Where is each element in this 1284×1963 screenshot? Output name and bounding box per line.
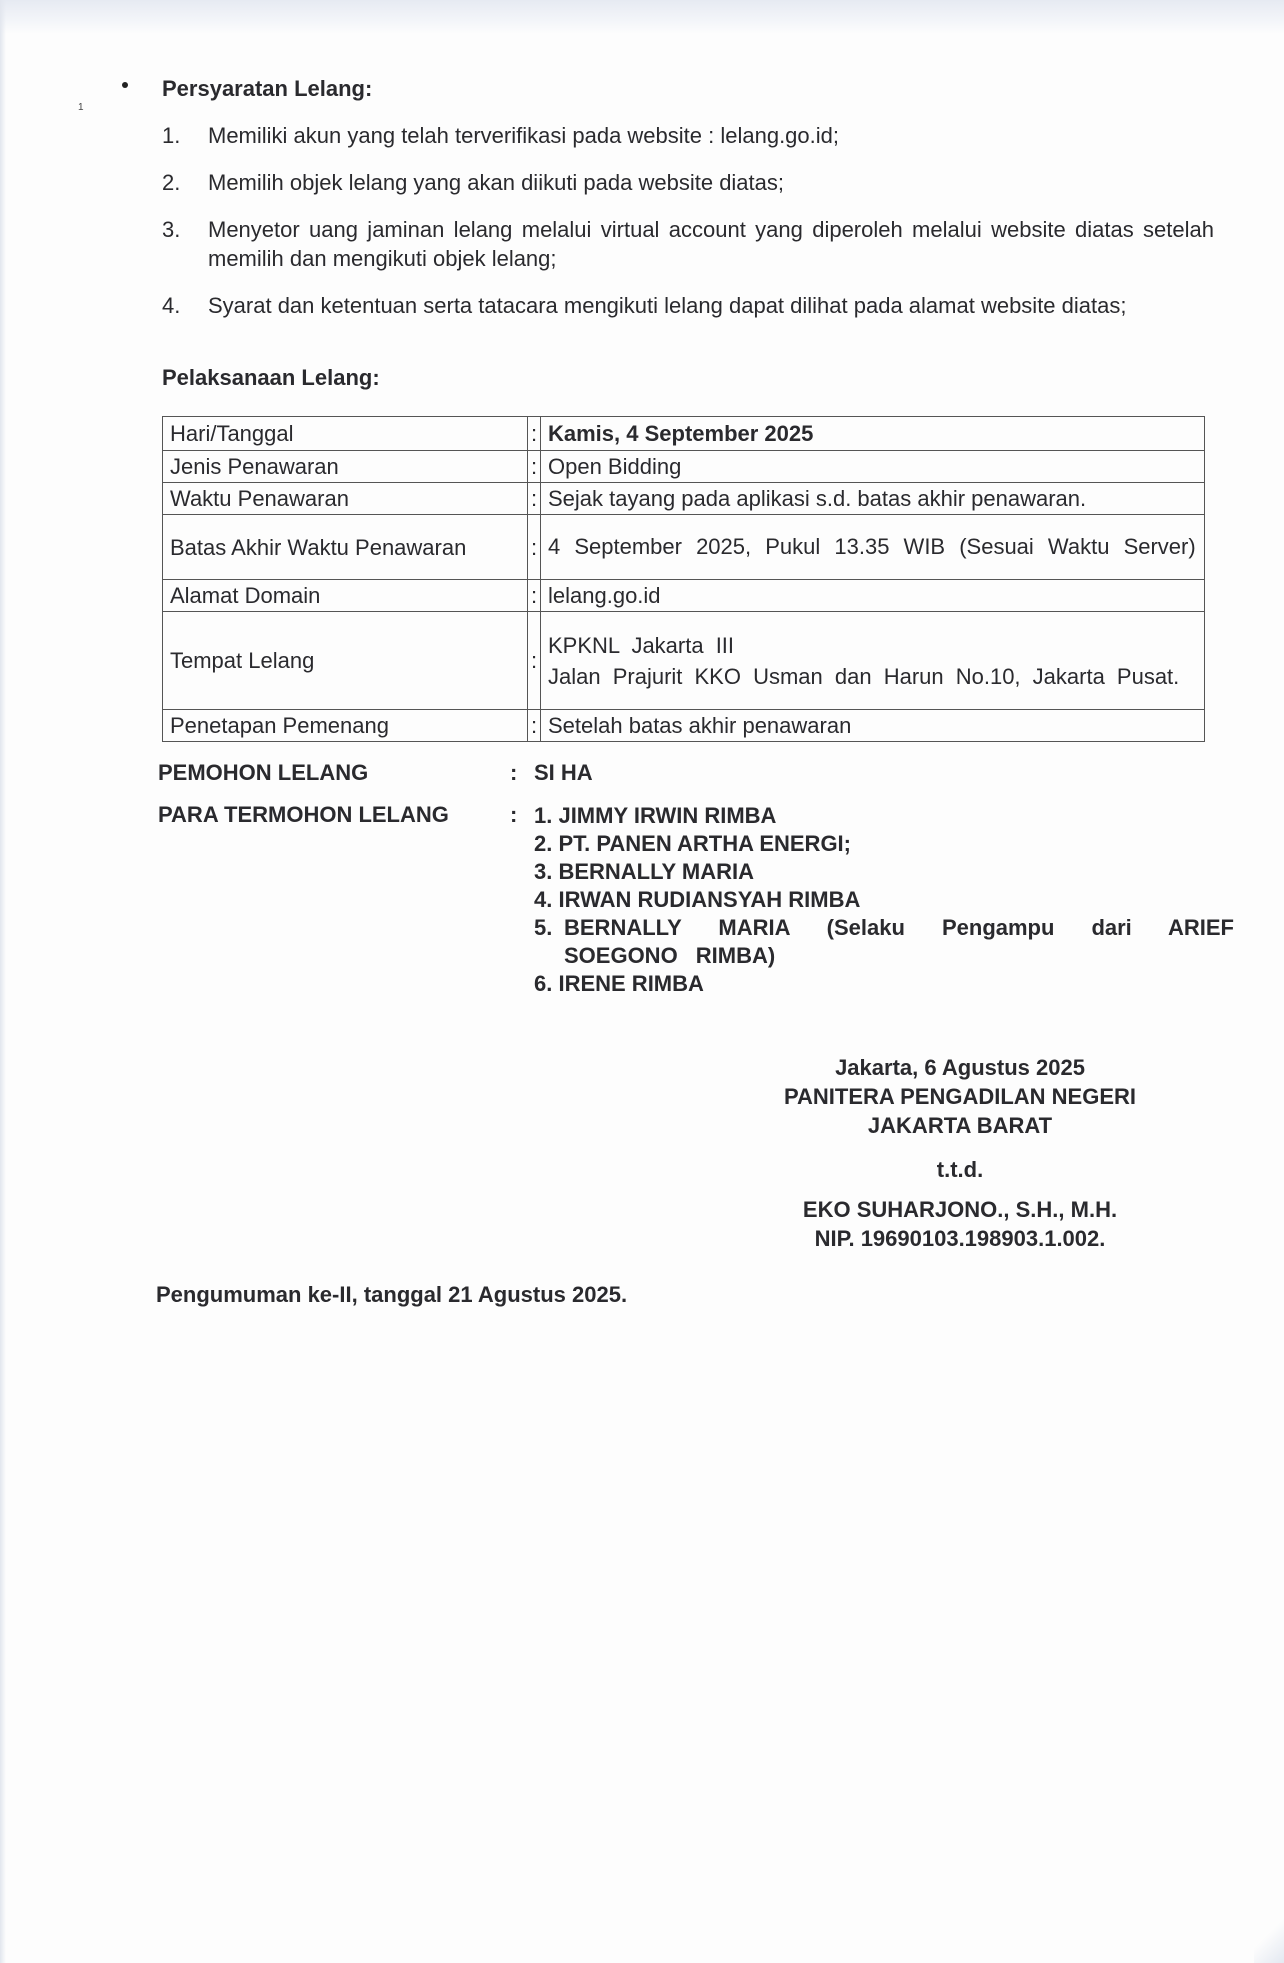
list-item: 3. Menyetor uang jaminan lelang melalui …: [162, 215, 1214, 273]
list-item: 2. Memilih objek lelang yang akan diikut…: [162, 168, 1214, 197]
signature-office-line1: PANITERA PENGADILAN NEGERI: [720, 1082, 1200, 1111]
respondents-list: 1. JIMMY IRWIN RIMBA 2. PT. PANEN ARTHA …: [534, 802, 1234, 998]
row-value: Open Bidding: [541, 451, 1205, 483]
row-value: KPKNL Jakarta III Jalan Prajurit KKO Usm…: [541, 612, 1205, 710]
row-label: Batas Akhir Waktu Penawaran: [163, 515, 528, 580]
venue-name: KPKNL Jakarta III: [548, 630, 1197, 661]
row-value: Kamis, 4 September 2025: [541, 417, 1205, 451]
list-item-number: 5.: [534, 914, 564, 970]
list-item: 3. BERNALLY MARIA: [534, 858, 1234, 886]
signatory-name: EKO SUHARJONO., S.H., M.H.: [720, 1195, 1200, 1224]
execution-table: Hari/Tanggal : Kamis, 4 September 2025 J…: [162, 416, 1205, 742]
respondents-label: PARA TERMOHON LELANG: [158, 802, 510, 998]
applicant-label: PEMOHON LELANG: [158, 760, 510, 786]
list-item: 6. IRENE RIMBA: [534, 970, 1234, 998]
row-label: Waktu Penawaran: [163, 483, 528, 515]
row-label: Hari/Tanggal: [163, 417, 528, 451]
list-item-text: BERNALLY MARIA (Selaku Pengampu dari ARI…: [564, 914, 1234, 970]
list-item: 1. Memiliki akun yang telah terverifikas…: [162, 121, 1214, 150]
table-row: Tempat Lelang : KPKNL Jakarta III Jalan …: [163, 612, 1205, 710]
list-item: 4. IRWAN RUDIANSYAH RIMBA: [534, 886, 1234, 914]
row-label: Jenis Penawaran: [163, 451, 528, 483]
row-value: lelang.go.id: [541, 580, 1205, 612]
execution-heading: Pelaksanaan Lelang:: [162, 365, 380, 391]
row-separator: :: [528, 515, 541, 580]
applicant-value: SI HA: [534, 760, 1234, 786]
signatory-nip: NIP. 19690103.198903.1.002.: [720, 1224, 1200, 1253]
bullet-icon: [122, 82, 128, 88]
table-row: Alamat Domain : lelang.go.id: [163, 580, 1205, 612]
row-value: Sejak tayang pada aplikasi s.d. batas ak…: [541, 483, 1205, 515]
row-separator: :: [528, 580, 541, 612]
row-separator: :: [528, 612, 541, 710]
row-separator: :: [528, 417, 541, 451]
row-value: 4 September 2025, Pukul 13.35 WIB (Sesua…: [541, 515, 1205, 580]
list-item: 1. JIMMY IRWIN RIMBA: [534, 802, 1234, 830]
scan-shadow-corner: [1254, 1903, 1284, 1963]
row-label: Tempat Lelang: [163, 612, 528, 710]
list-item: 2. PT. PANEN ARTHA ENERGI;: [534, 830, 1234, 858]
parties-section: PEMOHON LELANG : SI HA PARA TERMOHON LEL…: [158, 760, 1234, 998]
list-item: 5. BERNALLY MARIA (Selaku Pengampu dari …: [534, 914, 1234, 970]
table-row: Hari/Tanggal : Kamis, 4 September 2025: [163, 417, 1205, 451]
signature-place-date: Jakarta, 6 Agustus 2025: [720, 1053, 1200, 1082]
table-row: Waktu Penawaran : Sejak tayang pada apli…: [163, 483, 1205, 515]
table-row: Batas Akhir Waktu Penawaran : 4 Septembe…: [163, 515, 1205, 580]
list-item-number: 3.: [162, 215, 208, 273]
list-item-number: 2.: [162, 168, 208, 197]
applicant-row: PEMOHON LELANG : SI HA: [158, 760, 1234, 786]
table-row: Jenis Penawaran : Open Bidding: [163, 451, 1205, 483]
signature-office-line2: JAKARTA BARAT: [720, 1111, 1200, 1140]
scan-shadow-left: [0, 0, 6, 1963]
row-separator: :: [528, 451, 541, 483]
signature-signed-mark: t.t.d.: [720, 1155, 1200, 1184]
stray-scan-mark: 1: [78, 102, 84, 113]
venue-address: Jalan Prajurit KKO Usman dan Harun No.10…: [548, 661, 1197, 692]
scan-shadow-top: [0, 0, 1284, 34]
respondents-separator: :: [510, 802, 534, 998]
list-item-text: Syarat dan ketentuan serta tatacara meng…: [208, 291, 1214, 320]
list-item-number: 1.: [162, 121, 208, 150]
row-value: Setelah batas akhir penawaran: [541, 710, 1205, 742]
requirements-heading: Persyaratan Lelang:: [162, 76, 372, 102]
list-item-text: Memilih objek lelang yang akan diikuti p…: [208, 168, 1214, 197]
signature-block: Jakarta, 6 Agustus 2025 PANITERA PENGADI…: [720, 1053, 1200, 1253]
announcement-note: Pengumuman ke-II, tanggal 21 Agustus 202…: [156, 1282, 627, 1308]
row-separator: :: [528, 483, 541, 515]
row-separator: :: [528, 710, 541, 742]
table-row: Penetapan Pemenang : Setelah batas akhir…: [163, 710, 1205, 742]
list-item-text: Memiliki akun yang telah terverifikasi p…: [208, 121, 1214, 150]
row-label: Alamat Domain: [163, 580, 528, 612]
list-item-number: 4.: [162, 291, 208, 320]
requirements-list: 1. Memiliki akun yang telah terverifikas…: [162, 121, 1214, 338]
respondents-row: PARA TERMOHON LELANG : 1. JIMMY IRWIN RI…: [158, 802, 1234, 998]
applicant-separator: :: [510, 760, 534, 786]
list-item-text: Menyetor uang jaminan lelang melalui vir…: [208, 215, 1214, 273]
row-label: Penetapan Pemenang: [163, 710, 528, 742]
list-item: 4. Syarat dan ketentuan serta tatacara m…: [162, 291, 1214, 320]
